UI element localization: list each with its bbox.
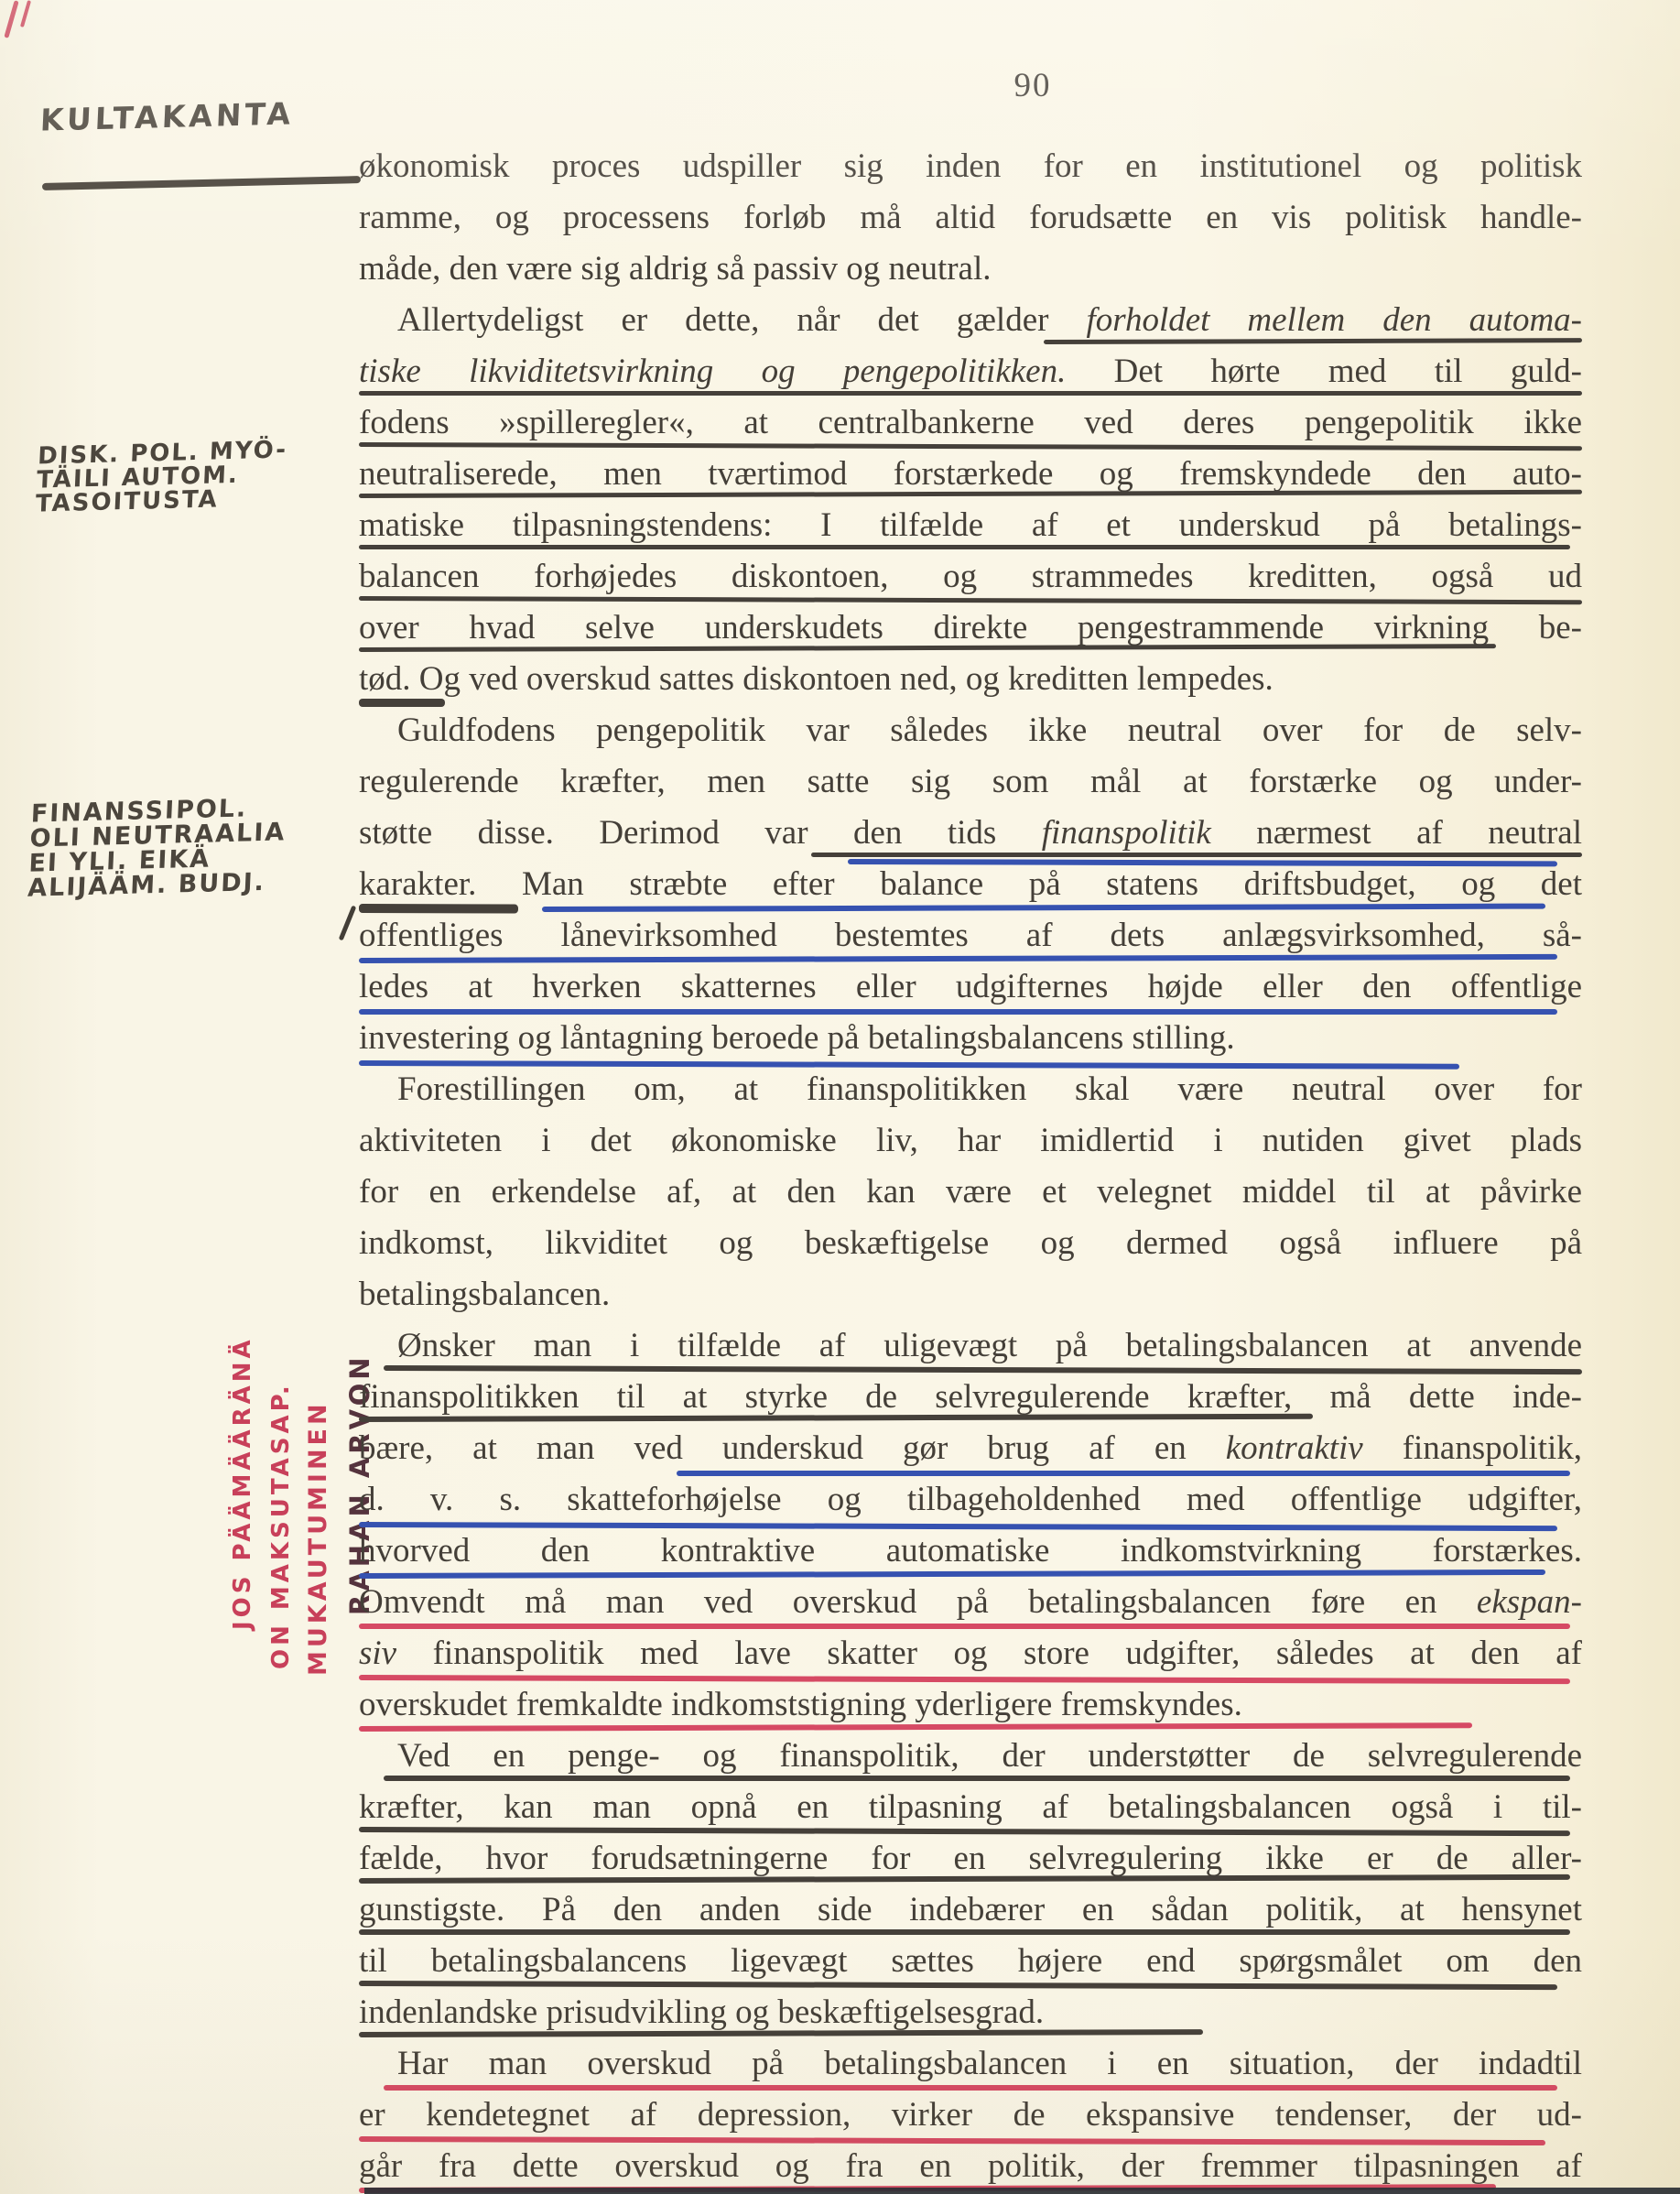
body-line: Forestillingen om, at finanspolitikken s…: [359, 1064, 1582, 1115]
kultakanta-underline-stroke: [42, 176, 361, 190]
body-line: økonomisk proces udspiller sig inden for…: [359, 141, 1582, 192]
body-line: siv finanspolitik med lave skatter og st…: [359, 1628, 1582, 1679]
body-line: Omvendt må man ved overskud på betalings…: [359, 1577, 1582, 1628]
body-line: Guldfodens pengepolitik var således ikke…: [359, 705, 1582, 756]
margin-tick-stroke: [339, 906, 357, 941]
red-corner-mark: [4, 0, 18, 38]
body-text-segment: aktiviteten i det økonomiske liv, har im…: [359, 1122, 1582, 1159]
body-line: overskudet fremkaldte indkomststigning y…: [359, 1679, 1582, 1731]
body-text-segment: til betalingsbalancens ligevægt sættes h…: [359, 1942, 1582, 1980]
body-text-segment: måde, den være sig aldrig så passiv og n…: [359, 250, 992, 288]
body-line: betalingsbalancen.: [359, 1269, 1582, 1320]
body-text-italic-segment: forholdet mellem den automa-: [1086, 301, 1582, 339]
body-line: aktiviteten i det økonomiske liv, har im…: [359, 1115, 1582, 1167]
body-text-segment: Guldfodens pengepolitik var således ikke…: [397, 711, 1582, 749]
body-line: finanspolitikken til at styrke de selvre…: [359, 1372, 1582, 1423]
body-text-segment: tød. Og ved overskud sattes diskontoen n…: [359, 660, 1274, 698]
body-text-segment: går fra dette overskud og fra en politik…: [359, 2147, 1582, 2185]
body-line: for en erkendelse af, at den kan være et…: [359, 1167, 1582, 1218]
body-text-segment: indkomst, likviditet og beskæftigelse og…: [359, 1224, 1582, 1262]
body-text-segment: finanspolitik,: [1363, 1429, 1582, 1467]
body-line: offentliges lånevirksomhed bestemtes af …: [359, 910, 1582, 961]
body-text-italic-segment: ekspan-: [1477, 1583, 1582, 1621]
margin-note-line: ALIJÄÄM. BUDJ.: [27, 869, 285, 900]
body-text-segment: bære, at man ved underskud gør brug af e…: [359, 1429, 1226, 1467]
margin-note-fiscal-policy: FINANSSIPOL.OLI NEUTRAALIAEI YLI. EIKÄAL…: [27, 795, 287, 900]
black-ink-underline: [359, 545, 1570, 549]
body-line: indenlandske prisudvikling og beskæftige…: [359, 1987, 1582, 2038]
body-line: balancen forhøjedes diskontoen, og stram…: [359, 551, 1582, 603]
body-text-segment: finanspolitikken til at styrke de selvre…: [359, 1378, 1582, 1416]
body-line: kræfter, kan man opnå en tilpasning af b…: [359, 1782, 1582, 1833]
body-line: er kendetegnet af depression, virker de …: [359, 2090, 1582, 2141]
black-ink-underline: [359, 391, 1582, 396]
body-text-segment: Omvendt må man ved overskud på betalings…: [359, 1583, 1477, 1621]
body-text-segment: overskudet fremkaldte indkomststigning y…: [359, 1686, 1242, 1723]
body-text-segment: d. v. s. skatteforhøjelse og tilbagehold…: [359, 1481, 1582, 1518]
body-text-segment: gunstigste. På den anden side indebærer …: [359, 1891, 1582, 1928]
scanned-book-page: 90 KULTAKANTA DISK. POL. MYÖ-TÄILI AUTOM…: [0, 0, 1680, 2194]
body-text-italic-segment: siv: [359, 1635, 396, 1672]
body-text-segment: finanspolitik med lave skatter og store …: [396, 1635, 1582, 1672]
body-line: fodens »spilleregler«, at centralbankern…: [359, 397, 1582, 449]
body-text-segment: karakter. Man stræbte efter balance på s…: [359, 865, 1582, 903]
body-text-italic-segment: kontraktiv: [1226, 1429, 1363, 1467]
body-line: Har man overskud på betalingsbalancen i …: [359, 2038, 1582, 2090]
body-text-segment: er kendetegnet af depression, virker de …: [359, 2096, 1582, 2134]
body-line: neutraliserede, men tværtimod forstærked…: [359, 449, 1582, 500]
body-line: investering og låntagning beroede på bet…: [359, 1013, 1582, 1064]
body-line: indkomst, likviditet og beskæftigelse og…: [359, 1218, 1582, 1269]
body-text-segment: støtte disse. Derimod var den tids: [359, 814, 1042, 852]
body-text-segment: for en erkendelse af, at den kan være et…: [359, 1173, 1582, 1211]
vertical-margin-note: MUKAUTUMINEN: [304, 1222, 332, 1676]
body-line: tød. Og ved overskud sattes diskontoen n…: [359, 654, 1582, 705]
body-text-segment: Har man overskud på betalingsbalancen i …: [397, 2045, 1582, 2082]
scan-edge-artifact: [364, 2188, 1680, 2194]
body-text-segment: indenlandske prisudvikling og beskæftige…: [359, 1993, 1044, 2031]
body-text-segment: økonomisk proces udspiller sig inden for…: [359, 147, 1582, 185]
margin-note-discount-policy: DISK. POL. MYÖ-TÄILI AUTOM.TASOITUSTA: [35, 438, 287, 516]
body-line: går fra dette overskud og fra en politik…: [359, 2141, 1582, 2192]
body-line: regulerende kræfter, men satte sig som m…: [359, 756, 1582, 808]
body-text-segment: nærmest af neutral: [1211, 814, 1582, 852]
body-text-segment: fodens »spilleregler«, at centralbankern…: [359, 404, 1582, 441]
body-text-segment: hvorved den kontraktive automatiske indk…: [359, 1532, 1582, 1569]
body-text-segment: betalingsbalancen.: [359, 1276, 610, 1313]
body-line: fælde, hvor forudsætningerne for en selv…: [359, 1833, 1582, 1884]
body-line: gunstigste. På den anden side indebærer …: [359, 1884, 1582, 1936]
body-text-segment: matiske tilpasningstendens: I tilfælde a…: [359, 506, 1582, 544]
black-ink-underline: [1044, 338, 1582, 344]
body-text-segment: kræfter, kan man opnå en tilpasning af b…: [359, 1788, 1582, 1826]
body-text-segment: Allertydeligst er dette, når det gælder: [397, 301, 1086, 339]
body-line: bære, at man ved underskud gør brug af e…: [359, 1423, 1582, 1474]
body-line: matiske tilpasningstendens: I tilfælde a…: [359, 500, 1582, 551]
body-text-segment: Ønsker man i tilfælde af uligevægt på be…: [397, 1327, 1582, 1364]
page-number: 90: [1003, 66, 1062, 105]
body-text-segment: ramme, og processens forløb må altid for…: [359, 199, 1582, 236]
body-line: til betalingsbalancens ligevægt sættes h…: [359, 1936, 1582, 1987]
black-ink-underline: [384, 1776, 1570, 1781]
body-line: ramme, og processens forløb må altid for…: [359, 192, 1582, 244]
body-text-segment: Det hørte med til guld-: [1066, 353, 1582, 390]
body-text-segment: offentliges lånevirksomhed bestemtes af …: [359, 917, 1582, 954]
body-line: hvorved den kontraktive automatiske indk…: [359, 1526, 1582, 1577]
red-corner-mark: [20, 0, 31, 27]
body-text: økonomisk proces udspiller sig inden for…: [359, 141, 1582, 2192]
body-line: over hvad selve underskudets direkte pen…: [359, 603, 1582, 654]
vertical-margin-note: JOS PÄÄMÄÄRÄNÄ: [229, 1287, 256, 1630]
body-line: Ved en penge- og finanspolitik, der unde…: [359, 1731, 1582, 1782]
body-line: støtte disse. Derimod var den tids finan…: [359, 808, 1582, 859]
black-ink-underline: [359, 1929, 1570, 1935]
body-text-segment: Ved en penge- og finanspolitik, der unde…: [397, 1737, 1582, 1775]
body-line: tiske likviditetsvirkning og pengepoliti…: [359, 346, 1582, 397]
body-text-segment: ledes at hverken skatternes eller udgift…: [359, 968, 1582, 1005]
body-line: ledes at hverken skatternes eller udgift…: [359, 961, 1582, 1013]
body-text-segment: investering og låntagning beroede på bet…: [359, 1019, 1235, 1057]
body-text-segment: balancen forhøjedes diskontoen, og stram…: [359, 558, 1582, 595]
body-text-italic-segment: finanspolitik: [1042, 814, 1211, 852]
body-text-italic-segment: tiske likviditetsvirkning og pengepoliti…: [359, 353, 1066, 390]
body-line: måde, den være sig aldrig så passiv og n…: [359, 244, 1582, 295]
body-text-segment: fælde, hvor forudsætningerne for en selv…: [359, 1840, 1582, 1877]
black-ink-underline: [811, 853, 1582, 857]
body-line: Ønsker man i tilfælde af uligevægt på be…: [359, 1320, 1582, 1372]
body-line: Allertydeligst er dette, når det gælder …: [359, 295, 1582, 346]
body-text-segment: Forestillingen om, at finanspolitikken s…: [397, 1070, 1582, 1108]
body-text-segment: over hvad selve underskudets direkte pen…: [359, 609, 1582, 646]
body-line: karakter. Man stræbte efter balance på s…: [359, 859, 1582, 910]
body-text-segment: neutraliserede, men tværtimod forstærked…: [359, 455, 1582, 493]
body-text-segment: regulerende kræfter, men satte sig som m…: [359, 763, 1582, 800]
margin-note-line: TASOITUSTA: [35, 485, 286, 516]
body-line: d. v. s. skatteforhøjelse og tilbagehold…: [359, 1474, 1582, 1526]
margin-note-kultakanta: KULTAKANTA: [39, 95, 295, 137]
vertical-margin-note: ON MAKSUTASAP.: [267, 1253, 295, 1669]
